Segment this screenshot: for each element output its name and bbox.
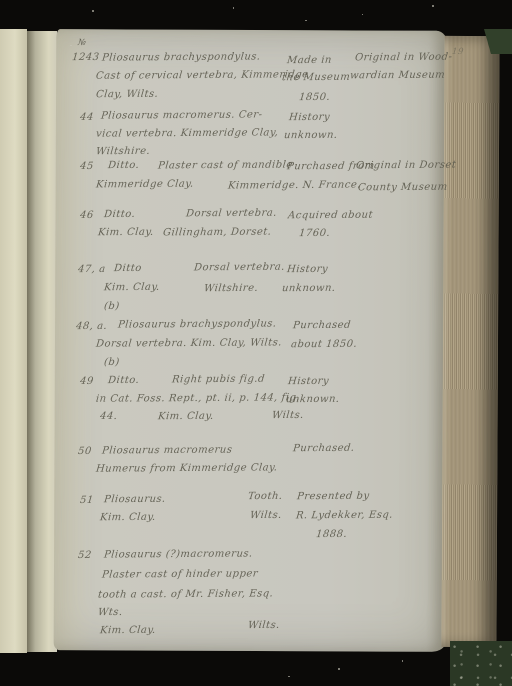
entry-46-line: Kim. Clay.	[97, 227, 154, 238]
entry-49-line: Wilts.	[271, 410, 304, 421]
entry-48-line: about 1850.	[290, 339, 357, 350]
entry-45-line: Ditto.	[107, 160, 139, 171]
entry-49-line: 44.	[99, 411, 117, 422]
entry-49-line: Ditto.	[107, 375, 139, 386]
dust-speck	[305, 20, 307, 21]
entry-48-line: Dorsal vertebra. Kim. Clay, Wilts.	[95, 337, 282, 349]
entry-52-line: Wilts.	[247, 620, 280, 631]
entry-47-line: History	[286, 264, 328, 275]
entry-47-line: Dorsal vertebra.	[193, 262, 285, 274]
entry-44-line: History	[288, 112, 330, 123]
entry-44-line: Pliosaurus macromerus. Cer-	[100, 109, 263, 121]
entry-1243-line: wardian Museum	[349, 70, 445, 82]
entry-50-line: Pliosaurus macromerus	[101, 445, 232, 457]
entry-number: 51	[79, 495, 94, 506]
fore-edge-pages	[441, 36, 499, 647]
entry-1243-line: 1850.	[298, 92, 330, 103]
entry-52-line: Plaster cast of hinder upper	[101, 568, 258, 580]
entry-1243-line: the Museum	[281, 72, 350, 83]
entry-49-line: Right pubis fig.d	[171, 374, 265, 386]
number-column-mark: №	[78, 38, 88, 48]
entry-45-line: County Museum	[357, 182, 448, 194]
entry-47-line: Wiltshire.	[203, 283, 258, 294]
entry-48-line: Pliosaurus brachyspondylus.	[117, 318, 277, 330]
entry-46-line: 1760.	[298, 228, 330, 239]
entry-52-line: tooth a cast. of Mr. Fisher, Esq.	[97, 588, 273, 600]
entry-number: 1243	[71, 52, 100, 63]
entry-45-line: Plaster cast of mandible	[157, 160, 293, 172]
entry-1243-line: Made in	[286, 55, 332, 66]
entry-1243-line: Cast of cervical vertebra, Kimmeridge	[95, 69, 309, 81]
entry-46-line: Dorsal vertebra.	[185, 208, 277, 220]
entry-52-line: Pliosaurus (?)macromerus.	[103, 548, 253, 560]
entry-47-line: Ditto	[113, 263, 142, 274]
entry-51-line: Kim. Clay.	[99, 512, 156, 523]
page-number: 19	[452, 47, 465, 57]
entry-45-line: Kimmeridge. N. France.	[227, 180, 361, 192]
entry-49-line: unknown.	[285, 394, 340, 405]
dust-speck	[288, 676, 290, 677]
dust-speck	[233, 7, 234, 9]
entry-number: 48, a.	[75, 321, 107, 332]
entry-1243-line: Original in Wood-	[354, 52, 452, 64]
entry-51-line: Pliosaurus.	[103, 494, 166, 505]
entry-44-line: Wiltshire.	[95, 146, 150, 157]
dust-speck	[362, 14, 363, 15]
dust-speck	[338, 668, 340, 670]
page-gutter	[27, 31, 57, 652]
entry-49-line: Kim. Clay.	[157, 411, 214, 422]
entry-number: 50	[77, 446, 92, 457]
book-cover-corner-bottom	[450, 641, 512, 686]
entry-45-line: Kimmeridge Clay.	[95, 179, 194, 191]
entry-48-line: Purchased	[292, 320, 351, 331]
entry-number: 44	[79, 112, 94, 123]
entry-49-line: History	[287, 376, 329, 387]
entry-number: 52	[77, 550, 92, 561]
dust-speck	[70, 45, 72, 46]
entry-47-line: Kim. Clay.	[103, 282, 160, 293]
entry-1243-line: Pliosaurus brachyspondylus.	[101, 51, 261, 63]
entry-1243-line: Clay, Wilts.	[95, 89, 158, 100]
entry-52-line: Kim. Clay.	[99, 625, 156, 636]
entry-number: 47, a	[77, 264, 106, 275]
entry-47-line: unknown.	[281, 283, 336, 294]
entry-number: 49	[79, 376, 94, 387]
entry-46-line: Acquired about	[287, 210, 373, 222]
dust-speck	[92, 10, 94, 12]
entry-51-line: Presented by	[296, 491, 370, 503]
dust-speck	[402, 660, 403, 662]
left-page	[0, 29, 27, 653]
entry-44-line: vical vertebra. Kimmeridge Clay,	[95, 127, 279, 139]
entry-51-line: 1888.	[315, 529, 347, 540]
entry-47-line: (b)	[103, 301, 120, 312]
entry-50-line: Purchased.	[292, 443, 355, 454]
entry-52-line: Wts.	[97, 607, 123, 618]
entry-51-line: R. Lydekker, Esq.	[295, 510, 393, 522]
entry-number: 46	[79, 210, 94, 221]
entry-51-line: Wilts.	[249, 510, 282, 521]
entry-51-line: Tooth.	[247, 491, 283, 502]
entry-48-line: (b)	[103, 357, 120, 368]
dust-speck	[432, 5, 434, 7]
entry-45-line: Original in Dorset	[355, 160, 456, 172]
entry-49-line: in Cat. Foss. Rept., pt. ii, p. 144, fig…	[95, 392, 300, 404]
entry-44-line: unknown.	[283, 130, 338, 141]
register-photo: № 19 1243 Pliosaurus brachyspondylus. Ma…	[0, 0, 512, 686]
entry-46-line: Ditto.	[103, 209, 135, 220]
entry-46-line: Gillingham, Dorset.	[162, 227, 272, 239]
entry-50-line: Humerus from Kimmeridge Clay.	[95, 462, 278, 474]
entry-number: 45	[79, 161, 94, 172]
